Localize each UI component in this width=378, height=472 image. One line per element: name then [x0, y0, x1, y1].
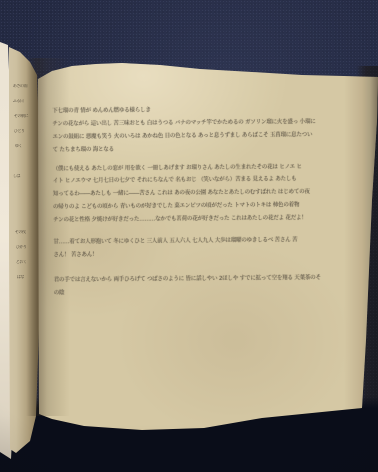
paragraph: 君の手では言えないから 両手ひろげて つばさのように 皆に話しやい 2ほしや す…: [54, 271, 357, 299]
photo-scene: あさの雨ふる日その朝にひとりゆくしばその夜ひかりとおくはな 下七瑠の青 情が め…: [0, 0, 378, 472]
text-line: チンの花と性格 夕焼けが好きだった………なかでも茗荷の花が好きだった これはあた…: [53, 212, 356, 228]
paragraph: （僕にも使える あたしの窓が 用を欲く 一冊しあげます お瑠りさん あたしの生ま…: [53, 160, 357, 227]
book-photo: あさの雨ふる日その朝にひとりゆくしばその夜ひかりとおくはな 下七瑠の青 情が め…: [0, 0, 378, 472]
paragraph: 下七瑠の青 情が めんめん燃ゆる様らしきチンの花ながら 這い出し 苦三味おとも …: [52, 103, 355, 157]
text-line: て たちまち瑠の 海となる: [52, 141, 355, 157]
paragraph: 甘……着てお人形抱いて 冬にゆくひと 三人前人 五人六人 七人九人 大歩は瑠曜の…: [53, 234, 356, 262]
text-line: の陰: [54, 284, 357, 300]
right-page-text: 下七瑠の青 情が めんめん燃ゆる様らしきチンの花ながら 這い出し 苦三味おとも …: [52, 103, 357, 300]
text-line: さん！ 苦さあん！: [53, 247, 356, 263]
